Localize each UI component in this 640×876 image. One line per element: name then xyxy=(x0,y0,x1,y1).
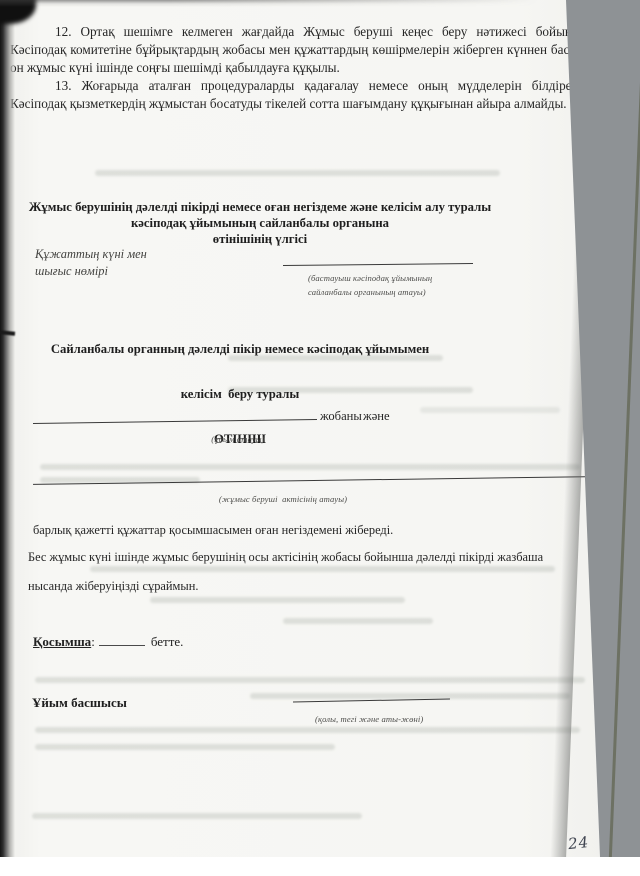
bleedthrough-smudge xyxy=(250,693,570,699)
scan-top-shadow xyxy=(0,0,566,7)
attachment-row: Қосымша:бетте. xyxy=(33,633,183,650)
org-name-caption: (ұйым атауы) xyxy=(188,434,288,444)
signature-label: Ұйым басшысы xyxy=(32,695,127,711)
form-title-line: кәсіподақ ұйымының сайланбалы органына xyxy=(10,215,510,231)
statement-title-line: Сайланбалы органның дәлелді пікір немесе… xyxy=(10,342,470,357)
statement-title-line: келісім беру туралы xyxy=(10,387,470,402)
attachment-colon: : xyxy=(91,634,95,649)
recipient-caption-line2: сайланбалы органының атауы) xyxy=(308,287,426,297)
attachment-pages-blank xyxy=(99,633,145,646)
body-line: Бес жұмыс күні ішінде жұмыс берушінің ос… xyxy=(28,550,543,565)
handwritten-page-mark: 24 xyxy=(567,833,590,853)
attachment-label: Қосымша xyxy=(33,634,91,649)
bleedthrough-smudge xyxy=(32,813,362,819)
body-line: нысанда жіберуіңізді сұраймын. xyxy=(28,579,198,594)
project-word: жобаны xyxy=(320,409,362,424)
form-title: Жұмыс берушінің дәлелді пікірді немесе о… xyxy=(10,199,510,248)
bleedthrough-smudge xyxy=(90,566,555,572)
scan-edge-left xyxy=(0,0,15,857)
recipient-caption-line1: (бастауыш кәсіподақ ұйымының xyxy=(308,273,432,283)
employer-act-caption: (жұмыс беруші актісінің атауы) xyxy=(183,494,383,504)
signature-caption: (қолы, тегі және аты-жөні) xyxy=(315,714,423,724)
bleedthrough-smudge xyxy=(150,597,405,603)
body-paragraphs: 12. Ортақ шешімге келмеген жағдайда Жұмы… xyxy=(10,23,588,113)
bleedthrough-smudge xyxy=(35,744,335,750)
form-title-line: Жұмыс берушінің дәлелді пікірді немесе о… xyxy=(10,199,510,215)
signature-line xyxy=(293,698,450,702)
paragraph-13: 13. Жоғарыда аталған процедураларды қада… xyxy=(10,77,588,113)
bleedthrough-smudge xyxy=(283,618,433,624)
statement-title: Сайланбалы органның дәлелді пікір немесе… xyxy=(10,312,470,477)
scanned-page: 12. Ортақ шешімге келмеген жағдайда Жұмы… xyxy=(0,0,640,857)
bleedthrough-smudge xyxy=(35,677,585,683)
attachment-suffix: бетте. xyxy=(151,634,184,649)
paragraph-12: 12. Ортақ шешімге келмеген жағдайда Жұмы… xyxy=(10,23,588,77)
body-line: барлық қажетті құжаттар қосымшасымен оға… xyxy=(33,523,393,538)
bleedthrough-smudge xyxy=(35,727,580,733)
recipient-name-line xyxy=(283,263,473,266)
doc-date-label: Құжаттың күні мен шығыс нөмірі xyxy=(35,246,147,279)
and-word: және xyxy=(363,409,390,424)
bleedthrough-smudge xyxy=(95,170,500,176)
